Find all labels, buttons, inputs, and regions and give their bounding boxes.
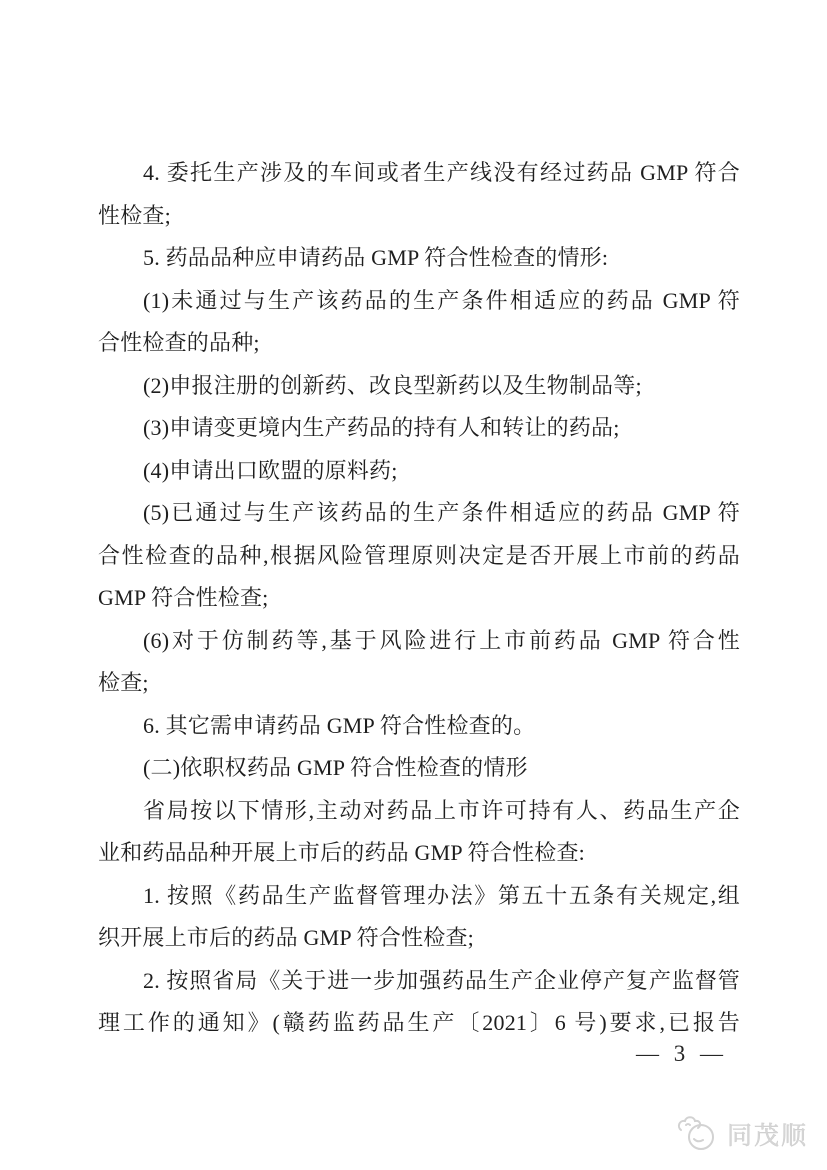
mascot-logo-icon [674,1114,722,1154]
document-body: 4. 委托生产涉及的车间或者生产线没有经过药品 GMP 符合性检查;5. 药品品… [98,152,740,1045]
text-line: (2)申报注册的创新药、改良型新药以及生物制品等; [98,365,740,408]
text-line: 6. 其它需申请药品 GMP 符合性检查的。 [98,705,740,748]
text-line: 5. 药品品种应申请药品 GMP 符合性检查的情形: [98,237,740,280]
text-line: 1. 按照《药品生产监督管理办法》第五十五条有关规定,组 [98,875,740,918]
page-number: — 3 — [636,1041,723,1067]
text-line: (3)申请变更境内生产药品的持有人和转让的药品; [98,407,740,450]
text-line: GMP 符合性检查; [98,577,740,620]
text-line: (5)已通过与生产该药品的生产条件相适应的药品 GMP 符 [98,492,740,535]
text-line: (1)未通过与生产该药品的生产条件相适应的药品 GMP 符 [98,280,740,323]
document-page: 4. 委托生产涉及的车间或者生产线没有经过药品 GMP 符合性检查;5. 药品品… [0,0,827,1170]
text-line: (二)依职权药品 GMP 符合性检查的情形 [98,747,740,790]
text-line: (4)申请出口欧盟的原料药; [98,450,740,493]
text-line: 业和药品品种开展上市后的药品 GMP 符合性检查: [98,832,740,875]
text-line: 2. 按照省局《关于进一步加强药品生产企业停产复产监督管 [98,960,740,1003]
text-line: 理工作的通知》(赣药监药品生产〔2021〕6 号)要求,已报告 [98,1002,740,1045]
text-line: 织开展上市后的药品 GMP 符合性检查; [98,917,740,960]
text-line: 合性检查的品种; [98,322,740,365]
text-line: (6)对于仿制药等,基于风险进行上市前药品 GMP 符合性 [98,620,740,663]
watermark: 同茂顺 [674,1114,808,1154]
text-line: 检查; [98,662,740,705]
text-line: 省局按以下情形,主动对药品上市许可持有人、药品生产企 [98,790,740,833]
watermark-brand-text: 同茂顺 [727,1116,808,1152]
text-line: 性检查; [98,195,740,238]
text-line: 4. 委托生产涉及的车间或者生产线没有经过药品 GMP 符合 [98,152,740,195]
text-line: 合性检查的品种,根据风险管理原则决定是否开展上市前的药品 [98,535,740,578]
